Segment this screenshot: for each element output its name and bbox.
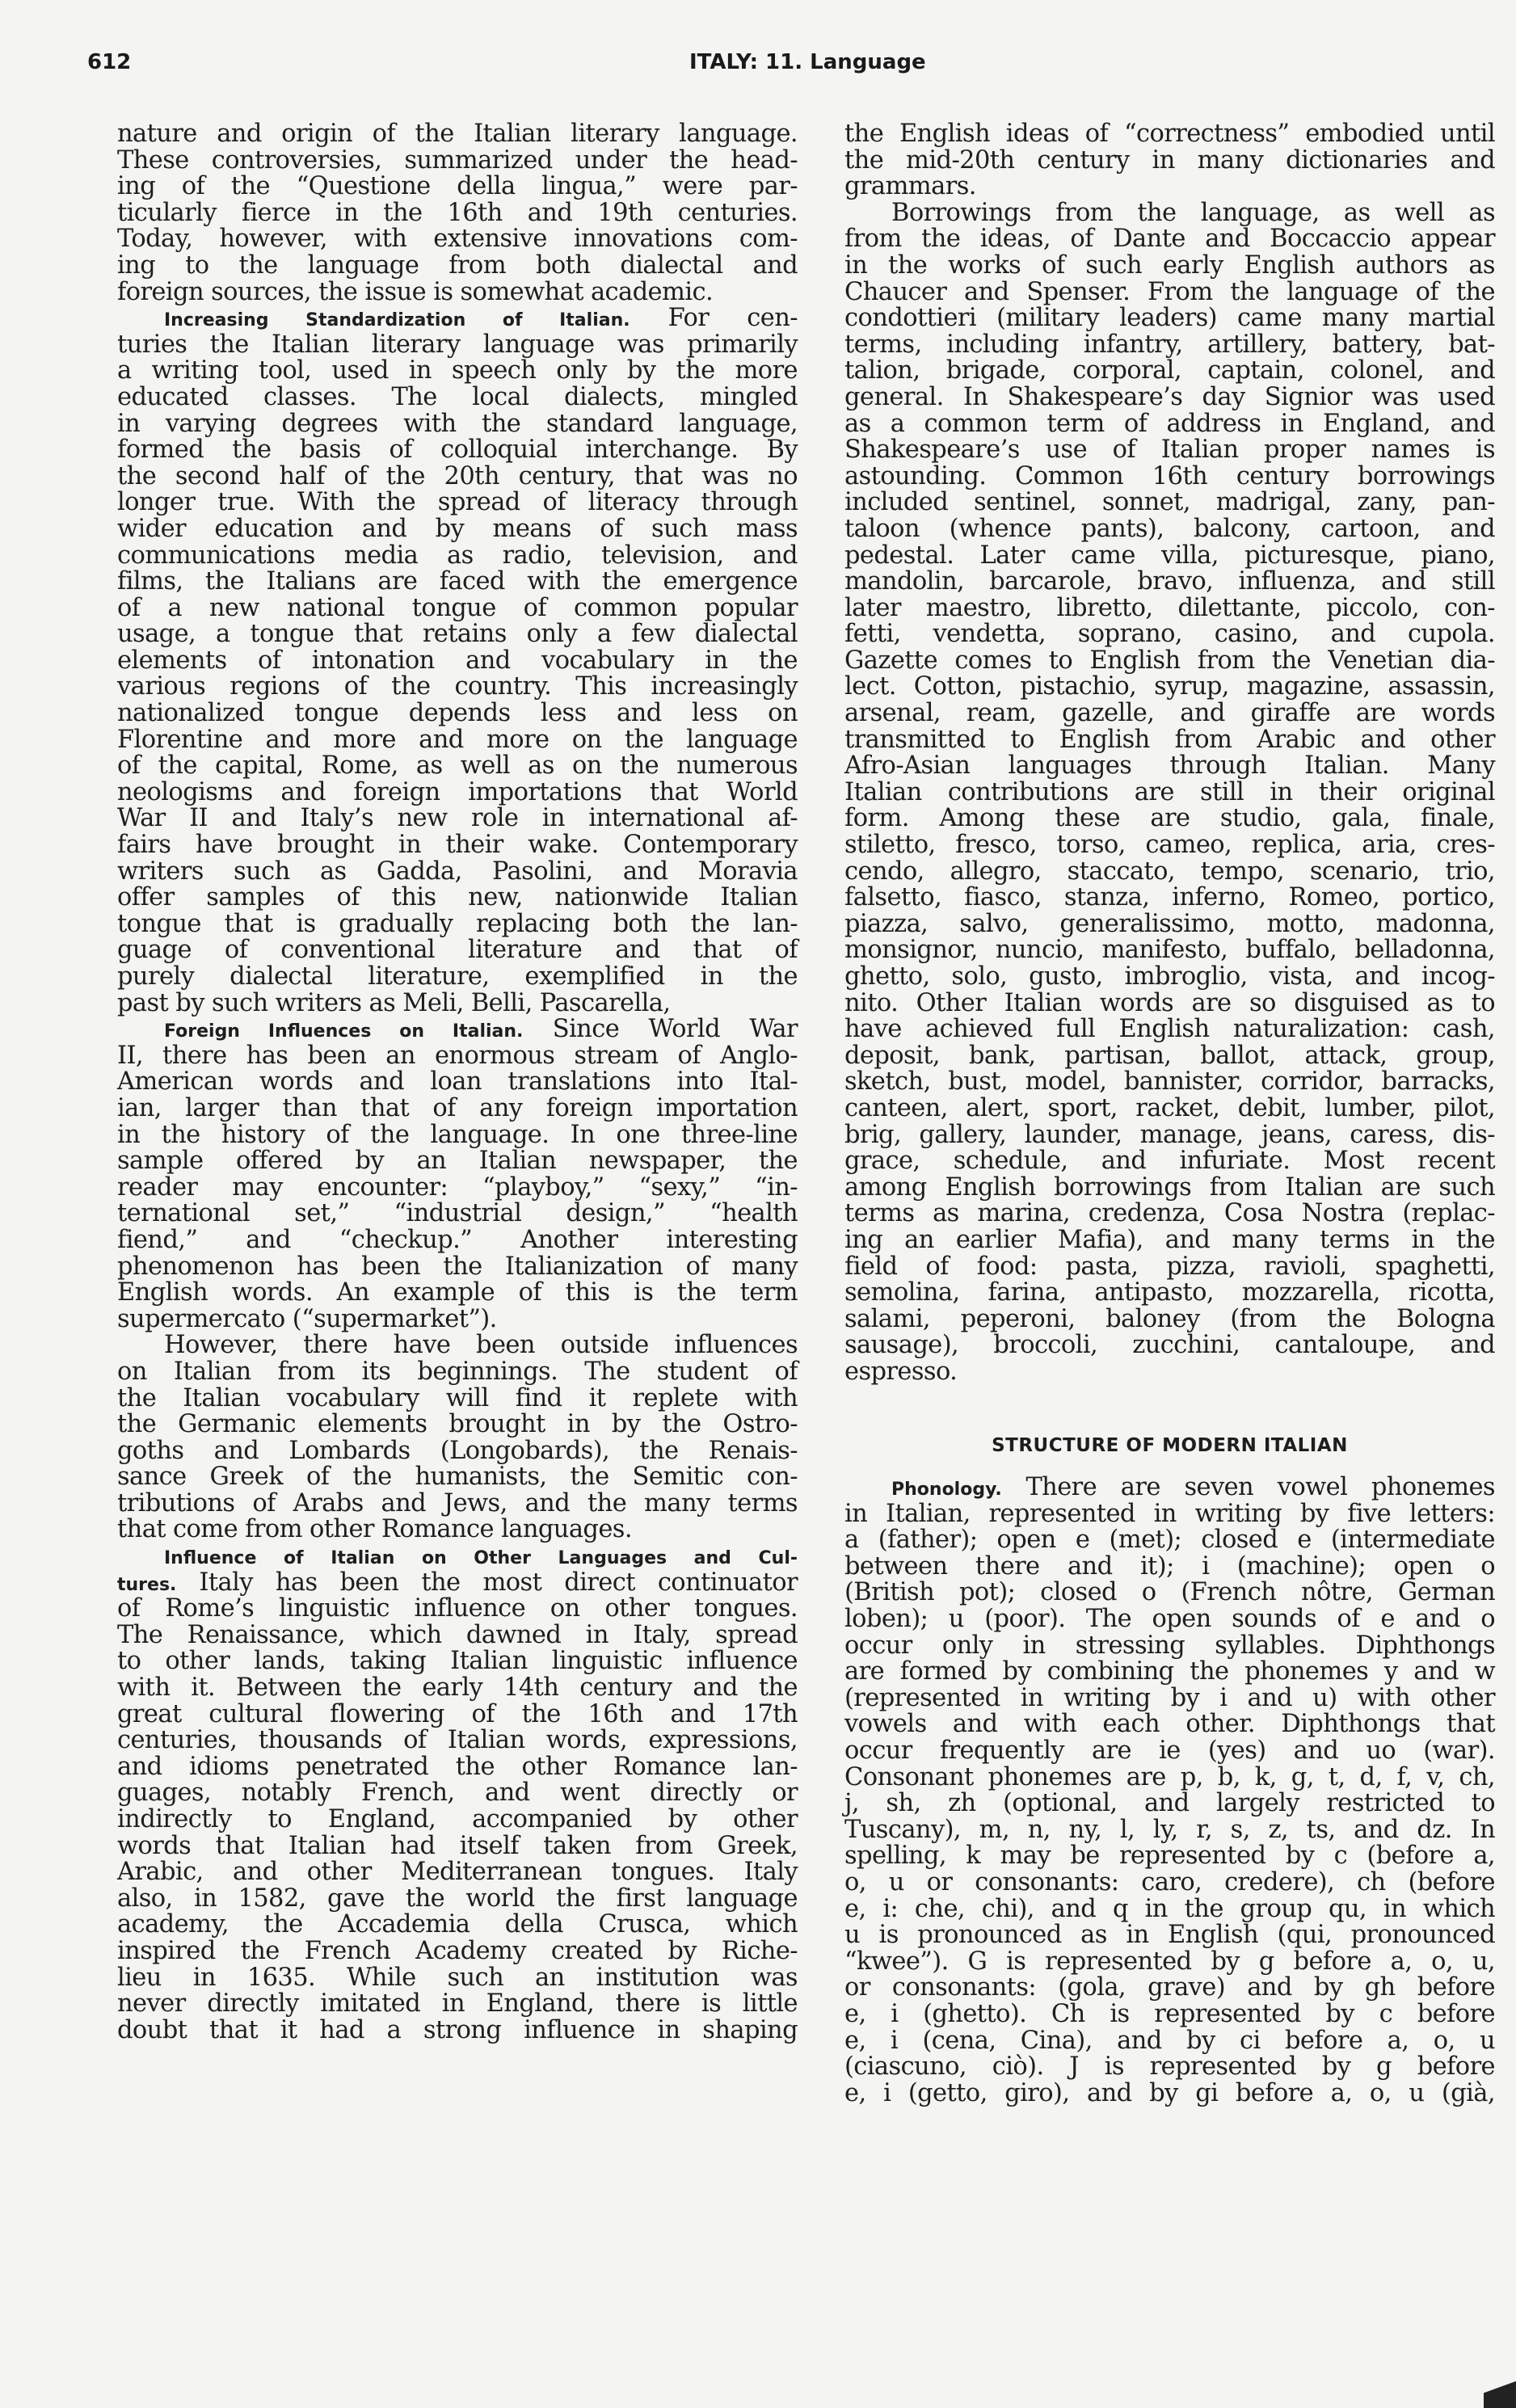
text-line: Arabic, and other Mediterranean tongues.…: [117, 1859, 798, 1886]
page-header: 612 ITALY: 11. Language: [87, 50, 1516, 82]
page-edge-shadow: [1484, 2360, 1516, 2408]
text-line: condottieri (military leaders) came many…: [844, 305, 1495, 332]
text-line: a writing tool, used in speech only by t…: [117, 358, 798, 385]
text-line: in the works of such early English autho…: [844, 253, 1495, 280]
run-in-heading-continued: tures.: [117, 1575, 176, 1595]
text-line: educated classes. The local dialects, mi…: [117, 385, 798, 411]
text-line: elements of intonation and vocabulary in…: [117, 648, 798, 675]
text-line: doubt that it had a strong influence in …: [117, 2018, 798, 2044]
text-line: lieu in 1635. While such an institution …: [117, 1965, 798, 1992]
text-line: Chaucer and Spenser. From the language o…: [844, 280, 1495, 306]
text-line: Italian contributions are still in their…: [844, 780, 1495, 806]
text-line: later maestro, libretto, dilettante, pic…: [844, 596, 1495, 622]
text-line: Foreign Influences on Italian. Since Wor…: [117, 1017, 798, 1043]
text-line: brig, gallery, launder, manage, jeans, c…: [844, 1122, 1495, 1149]
text-line: deposit, bank, partisan, ballot, attack,…: [844, 1043, 1495, 1070]
text-line: The Renaissance, which dawned in Italy, …: [117, 1623, 798, 1649]
text-line: Shakespeare’s use of Italian proper name…: [844, 437, 1495, 464]
text-line: in varying degrees with the standard lan…: [117, 411, 798, 438]
text-line: taloon (whence pants), balcony, cartoon,…: [844, 516, 1495, 543]
text-line: arsenal, ream, gazelle, and giraffe are …: [844, 701, 1495, 727]
text-line: falsetto, fiasco, stanza, inferno, Romeo…: [844, 885, 1495, 911]
text-line: tongue that is gradually replacing both …: [117, 911, 798, 938]
text-line: films, the Italians are faced with the e…: [117, 569, 798, 596]
text-line: among English borrowings from Italian ar…: [844, 1175, 1495, 1202]
text-line: Gazette comes to English from the Veneti…: [844, 648, 1495, 675]
text-line: purely dialectal literature, exemplified…: [117, 964, 798, 991]
text-line: terms, including infantry, artillery, ba…: [844, 332, 1495, 359]
text-line: words that Italian had itself taken from…: [117, 1833, 798, 1860]
text-line: e, i (cena, Cina), and by ci before a, o…: [844, 2028, 1495, 2055]
text-line: communications media as radio, televisio…: [117, 543, 798, 570]
text-line: wider education and by means of such mas…: [117, 516, 798, 543]
section-outside-influences: However, there have been outside influen…: [117, 1332, 798, 1543]
text-line: These controversies, summarized under th…: [117, 148, 798, 175]
text-line: longer true. With the spread of literacy…: [117, 490, 798, 516]
left-column: nature and origin of the Italian literar…: [117, 121, 798, 2044]
text-line: in the history of the language. In one t…: [117, 1122, 798, 1149]
text-line: academy, the Accademia della Crusca, whi…: [117, 1912, 798, 1939]
text-line: Florentine and more and more on the lang…: [117, 727, 798, 754]
text-line: occur only in stressing syllables. Dipht…: [844, 1633, 1495, 1660]
text-line: stiletto, fresco, torso, cameo, replica,…: [844, 832, 1495, 859]
text-line: Borrowings from the language, as well as: [844, 200, 1495, 227]
text-line: II, there has been an enormous stream of…: [117, 1043, 798, 1070]
text-line: phenomenon has been the Italianization o…: [117, 1254, 798, 1281]
text-line: transmitted to English from Arabic and o…: [844, 727, 1495, 754]
text-line: a (father); open e (met); closed e (inte…: [844, 1527, 1495, 1554]
text-line: fairs have brought in their wake. Contem…: [117, 832, 798, 859]
text-line: as a common term of address in England, …: [844, 411, 1495, 438]
text-line: the Germanic elements brought in by the …: [117, 1412, 798, 1438]
text-line: Influence of Italian on Other Languages …: [117, 1543, 798, 1570]
text-line: War II and Italy’s new role in internati…: [117, 806, 798, 832]
text-line: sausage), broccoli, zucchini, cantaloupe…: [844, 1332, 1495, 1359]
text-line: ghetto, solo, gusto, imbroglio, vista, a…: [844, 964, 1495, 991]
text-line: nito. Other Italian words are so disguis…: [844, 991, 1495, 1017]
text-line: loben); u (poor). The open sounds of e a…: [844, 1606, 1495, 1633]
borrowings-paragraph: Borrowings from the language, as well as…: [844, 200, 1495, 1386]
text-fragment: For cen-: [668, 304, 798, 332]
text-line: on Italian from its beginnings. The stud…: [117, 1359, 798, 1386]
text-line: inspired the French Academy created by R…: [117, 1939, 798, 1965]
text-fragment: There are seven vowel phonemes: [1025, 1473, 1495, 1501]
text-line: to other lands, taking Italian linguisti…: [117, 1648, 798, 1675]
text-line: “kwee”). G is represented by g before a,…: [844, 1949, 1495, 1976]
text-line: tributions of Arabs and Jews, and the ma…: [117, 1491, 798, 1518]
text-line: the Italian vocabulary will find it repl…: [117, 1386, 798, 1412]
run-in-heading: Increasing Standardization of Italian.: [164, 310, 630, 330]
text-line: ticularly fierce in the 16th and 19th ce…: [117, 200, 798, 227]
text-line: grace, schedule, and infuriate. Most rec…: [844, 1148, 1495, 1175]
text-line: between there and it); i (machine); open…: [844, 1554, 1495, 1581]
text-line: various regions of the country. This inc…: [117, 674, 798, 701]
text-line: usage, a tongue that retains only a few …: [117, 621, 798, 648]
text-line: fiend,” and “checkup.” Another interesti…: [117, 1227, 798, 1254]
text-line: guages, notably French, and went directl…: [117, 1780, 798, 1807]
text-line: e, i: che, chi), and q in the group qu, …: [844, 1897, 1495, 1923]
text-line: lect. Cotton, pistachio, syrup, magazine…: [844, 674, 1495, 701]
text-line: centuries, thousands of Italian words, e…: [117, 1728, 798, 1754]
section-standardization: Increasing Standardization of Italian. F…: [117, 305, 798, 1017]
text-line: (ciascuno, ciò). J is represented by g b…: [844, 2054, 1495, 2081]
text-line: spelling, k may be represented by c (bef…: [844, 1843, 1495, 1870]
text-line: (represented in writing by i and u) with…: [844, 1686, 1495, 1712]
text-line: astounding. Common 16th century borrowin…: [844, 464, 1495, 490]
text-line: nature and origin of the Italian literar…: [117, 121, 798, 148]
text-line: field of food: pasta, pizza, ravioli, sp…: [844, 1254, 1495, 1281]
text-line: cendo, allegro, staccato, tempo, scenari…: [844, 859, 1495, 886]
text-line: and idioms penetrated the other Romance …: [117, 1754, 798, 1781]
text-line: piazza, salvo, generalissimo, motto, mad…: [844, 911, 1495, 938]
text-line: semolina, farina, antipasto, mozzarella,…: [844, 1280, 1495, 1307]
text-line: formed the basis of colloquial interchan…: [117, 437, 798, 464]
text-line: grammars.: [844, 174, 1495, 200]
text-line: of the capital, Rome, as well as on the …: [117, 753, 798, 780]
text-line: the mid-20th century in many dictionarie…: [844, 148, 1495, 175]
text-line: great cultural flowering of the 16th and…: [117, 1702, 798, 1728]
text-line: u is pronounced as in English (qui, pron…: [844, 1922, 1495, 1949]
text-line: Afro-Asian languages through Italian. Ma…: [844, 753, 1495, 780]
text-line: Phonology. There are seven vowel phoneme…: [844, 1475, 1495, 1501]
text-line: salami, peperoni, baloney (from the Bolo…: [844, 1307, 1495, 1333]
text-line: or consonants: (gola, grave) and by gh b…: [844, 1975, 1495, 2002]
text-line: the English ideas of “correctness” embod…: [844, 121, 1495, 148]
section-influence-of-italian: Influence of Italian on Other Languages …: [117, 1543, 798, 2044]
text-line: tures. Italy has been the most direct co…: [117, 1570, 798, 1597]
text-line: occur frequently are ie (yes) and uo (wa…: [844, 1738, 1495, 1765]
text-line: Today, however, with extensive innovatio…: [117, 226, 798, 253]
text-line: Increasing Standardization of Italian. F…: [117, 305, 798, 332]
text-line: espresso.: [844, 1359, 1495, 1386]
section-foreign-influences: Foreign Influences on Italian. Since Wor…: [117, 1017, 798, 1332]
section-title: STRUCTURE OF MODERN ITALIAN: [844, 1433, 1495, 1459]
text-line: sample offered by an Italian newspaper, …: [117, 1148, 798, 1175]
text-line: ian, larger than that of any foreign imp…: [117, 1096, 798, 1122]
text-line: canteen, alert, sport, racket, debit, lu…: [844, 1096, 1495, 1122]
text-line: ing to the language from both dialectal …: [117, 253, 798, 280]
text-line: form. Among these are studio, gala, fina…: [844, 806, 1495, 832]
text-line: However, there have been outside influen…: [117, 1332, 798, 1359]
text-fragment: Since World War: [553, 1015, 798, 1043]
right-column: the English ideas of “correctness” embod…: [844, 121, 1495, 2107]
text-line: from the ideas, of Dante and Boccaccio a…: [844, 226, 1495, 253]
text-line: sketch, bust, model, bannister, corridor…: [844, 1069, 1495, 1096]
run-in-heading: Foreign Influences on Italian.: [164, 1021, 523, 1042]
text-line: guage of conventional literature and tha…: [117, 937, 798, 964]
intro-paragraph: nature and origin of the Italian literar…: [117, 121, 798, 305]
text-line: of Rome’s linguistic influence on other …: [117, 1596, 798, 1623]
text-line: o, u or consonants: caro, credere), ch (…: [844, 1870, 1495, 1897]
text-line: foreign sources, the issue is somewhat a…: [117, 280, 798, 306]
text-line: the second half of the 20th century, tha…: [117, 464, 798, 490]
text-line: j, sh, zh (optional, and largely restric…: [844, 1791, 1495, 1817]
text-line: have achieved full English naturalizatio…: [844, 1017, 1495, 1043]
text-line: neologisms and foreign importations that…: [117, 780, 798, 806]
text-line: goths and Lombards (Longobards), the Ren…: [117, 1438, 798, 1465]
text-line: never directly imitated in England, ther…: [117, 1991, 798, 2018]
run-in-heading: Influence of Italian on Other Languages …: [164, 1548, 798, 1568]
text-line: nationalized tongue depends less and les…: [117, 701, 798, 727]
text-line: pedestal. Later came villa, picturesque,…: [844, 543, 1495, 570]
text-line: reader may encounter: “playboy,” “sexy,”…: [117, 1175, 798, 1202]
run-in-heading: Phonology.: [891, 1480, 1002, 1500]
text-line: supermercato (“supermarket”).: [117, 1307, 798, 1333]
text-line: ing of the “Questione della lingua,” wer…: [117, 174, 798, 200]
text-line: with it. Between the early 14th century …: [117, 1675, 798, 1702]
text-line: talion, brigade, corporal, captain, colo…: [844, 358, 1495, 385]
text-line: writers such as Gadda, Pasolini, and Mor…: [117, 859, 798, 886]
text-line: ing an earlier Mafia), and many terms in…: [844, 1227, 1495, 1254]
text-line: (British pot); closed o (French nôtre, G…: [844, 1580, 1495, 1606]
text-line: past by such writers as Meli, Belli, Pas…: [117, 991, 798, 1017]
text-line: ternational set,” “industrial design,” “…: [117, 1201, 798, 1227]
text-line: English words. An example of this is the…: [117, 1280, 798, 1307]
text-line: also, in 1582, gave the world the first …: [117, 1886, 798, 1913]
text-line: included sentinel, sonnet, madrigal, zan…: [844, 490, 1495, 516]
running-head: ITALY: 11. Language: [689, 50, 926, 74]
text-line: terms as marina, credenza, Cosa Nostra (…: [844, 1201, 1495, 1227]
text-fragment: Italy has been the most direct continuat…: [199, 1568, 798, 1597]
text-line: Consonant phonemes are p, b, k, g, t, d,…: [844, 1765, 1495, 1791]
text-line: e, i (getto, giro), and by gi before a, …: [844, 2081, 1495, 2107]
text-line: that come from other Romance languages.: [117, 1517, 798, 1543]
page-number: 612: [87, 50, 131, 74]
text-line: indirectly to England, accompanied by ot…: [117, 1807, 798, 1833]
text-line: turies the Italian literary language was…: [117, 332, 798, 359]
text-line: of a new national tongue of common popul…: [117, 596, 798, 622]
text-line: monsignor, nuncio, manifesto, buffalo, b…: [844, 937, 1495, 964]
text-line: mandolin, barcarole, bravo, influenza, a…: [844, 569, 1495, 596]
text-line: are formed by combining the phonemes y a…: [844, 1659, 1495, 1686]
text-line: American words and loan translations int…: [117, 1069, 798, 1096]
continued-paragraph: the English ideas of “correctness” embod…: [844, 121, 1495, 200]
text-line: sance Greek of the humanists, the Semiti…: [117, 1464, 798, 1491]
text-line: offer samples of this new, nationwide It…: [117, 885, 798, 911]
text-line: e, i (ghetto). Ch is represented by c be…: [844, 2002, 1495, 2028]
text-line: vowels and with each other. Diphthongs t…: [844, 1711, 1495, 1738]
text-line: general. In Shakespeare’s day Signior wa…: [844, 385, 1495, 411]
text-line: in Italian, represented in writing by fi…: [844, 1501, 1495, 1528]
text-line: fetti, vendetta, soprano, casino, and cu…: [844, 621, 1495, 648]
text-line: Tuscany), m, n, ny, l, ly, r, s, z, ts, …: [844, 1817, 1495, 1844]
phonology-paragraph: Phonology. There are seven vowel phoneme…: [844, 1475, 1495, 2107]
